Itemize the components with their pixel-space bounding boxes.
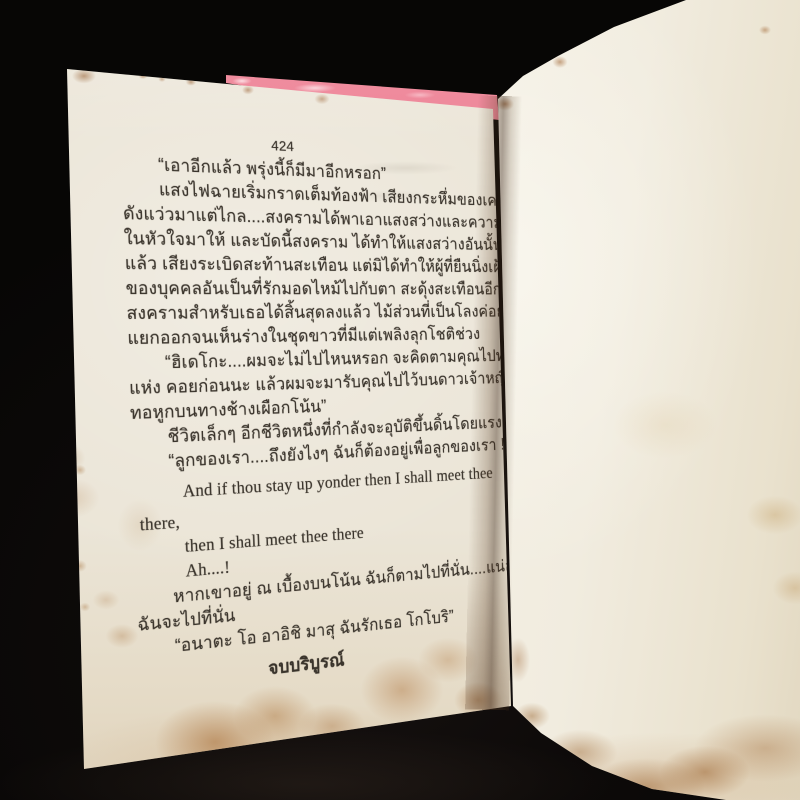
- text-line: ของบุคคลอันเป็นที่รักมอดไหม้ไปกับตา สะดุ…: [125, 276, 516, 301]
- book-photo: 424 “เอาอีกแล้ว พรุ่งนี้ก็มีมาอีกหรอก”แส…: [0, 0, 800, 800]
- page-text: “เอาอีกแล้ว พรุ่งนี้ก็มีมาอีกหรอก”แสงไฟฉ…: [121, 151, 527, 663]
- text-line: แล้ว เสียงระเบิดสะท้านสะเทือน แต่มิได้ทำ…: [124, 251, 515, 278]
